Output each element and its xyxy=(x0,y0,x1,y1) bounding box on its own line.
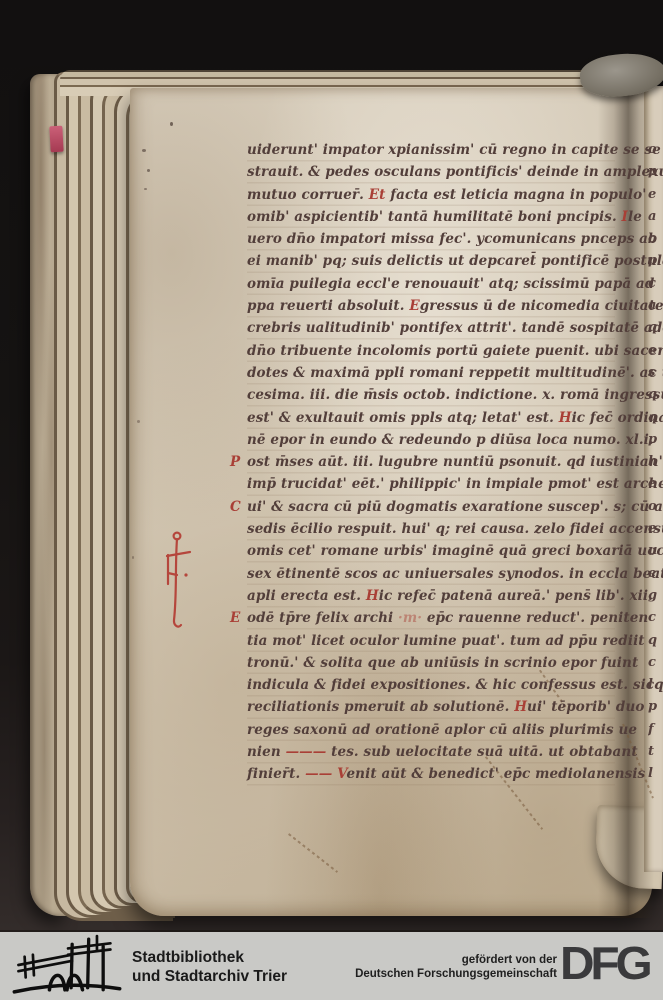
manuscript-line: uiderunt' impator xpianissim' cū regno i… xyxy=(247,139,615,161)
footer-banner: Stadtbibliothek und Stadtarchiv Trier ge… xyxy=(0,932,663,1000)
manuscript-line: Cui' & sacra cū piū dogmatis exaratione … xyxy=(247,496,615,518)
manuscript-line: imp̄ trucidat' eēt.' philippic' in impia… xyxy=(247,473,615,495)
manuscript-line: crebris ualitudinib' pontifex attrit'. t… xyxy=(247,317,615,339)
manuscript-scan-viewer: uiderunt' impator xpianissim' cū regno i… xyxy=(0,0,663,1000)
manuscript-line: dotes & maximā ppli romani reppetit mult… xyxy=(247,362,615,384)
manuscript-line: mutuo corruer̄. Et facta est leticia mag… xyxy=(247,184,615,206)
manuscript-line: uero dn̄o impatori missa fec'. ycomunica… xyxy=(247,228,615,250)
stadtbibliothek-trier-logo-icon xyxy=(10,934,124,996)
manuscript-line: Post m̄ses aūt. iii. lugubre nuntiū pson… xyxy=(247,451,615,473)
manuscript-line: reciliationis pmeruit ab solutionē. Hui'… xyxy=(247,696,615,718)
manuscript-line: ei manib' pq; suis delictis ut depcaret̄… xyxy=(247,250,615,272)
manuscript-line: indicula & fidei expositiones. & hic con… xyxy=(247,674,615,696)
manuscript-line: ppa reuerti absoluit. Egressus ū de nico… xyxy=(247,295,615,317)
manuscript-line: est' & exultauit omis ppls atq; letat' e… xyxy=(247,407,615,429)
funding-credit: gefördert von der Deutschen Forschungsge… xyxy=(355,953,557,981)
manuscript-line: finier̄t. —— Venit aūt & benedict' ep̄c … xyxy=(247,763,615,785)
library-name-line1: Stadtbibliothek xyxy=(132,948,287,967)
manuscript-line: tia mot' licet oculor lumine puat'. tum … xyxy=(247,630,615,652)
manuscript-line: omis cet' romane urbis' imaginē quā grec… xyxy=(247,540,615,562)
manuscript-line: cesima. iii. die m̄sis octob. indictione… xyxy=(247,384,615,406)
manuscript-line: sex ētinentē scos ac uniuersales synodos… xyxy=(247,563,615,585)
ink-speck xyxy=(144,188,147,190)
manuscript-line: sedis ēcilio respuit. hui' q; rei causa.… xyxy=(247,518,615,540)
manuscript-line: nien ——— tes. sub uelocitate suā uitā. u… xyxy=(247,741,615,763)
manuscript-line: strauit. & pedes osculans pontificis' de… xyxy=(247,161,615,183)
ink-speck xyxy=(132,556,134,559)
pink-bookmark-tab xyxy=(49,126,63,153)
ink-speck xyxy=(142,149,146,152)
manuscript-line: apli erecta est. Hic refec̄ patenā aureā… xyxy=(247,585,615,607)
manuscript-line: tronū.' & solita que ab uniūsis in scrin… xyxy=(247,652,615,674)
facing-page-text-sliver: opeaopcaqesqqpheoeuegcqclpftl xyxy=(648,139,663,786)
manuscript-line: reges saxonū ad orationē aplor cū aliis … xyxy=(247,719,615,741)
library-name-line2: und Stadtarchiv Trier xyxy=(132,967,287,986)
manuscript-line: omīa puilegia eccl'e renouauit' atq; sci… xyxy=(247,273,615,295)
manuscript-line: omib' aspicientib' tantā humilitatē boni… xyxy=(247,206,615,228)
manuscript-line: dn̄o tribuente incolomis portū gaiete pu… xyxy=(247,340,615,362)
ink-speck xyxy=(170,122,173,126)
dfg-logo: DFG xyxy=(560,936,649,990)
red-marginal-monogram-icon xyxy=(163,528,197,632)
manuscript-line: Eodē tp̄re felix archi ·m· ep̄c rauenne … xyxy=(247,607,615,629)
ink-speck xyxy=(137,420,140,423)
library-name: Stadtbibliothek und Stadtarchiv Trier xyxy=(132,948,287,986)
manuscript-line: nē epor in eundo & redeundo p diūsa loca… xyxy=(247,429,615,451)
funding-line2: Deutschen Forschungsgemeinschaft xyxy=(355,967,557,981)
manuscript-text-block: uiderunt' impator xpianissim' cū regno i… xyxy=(247,139,615,786)
ink-speck xyxy=(147,169,150,172)
funding-line1: gefördert von der xyxy=(355,953,557,967)
